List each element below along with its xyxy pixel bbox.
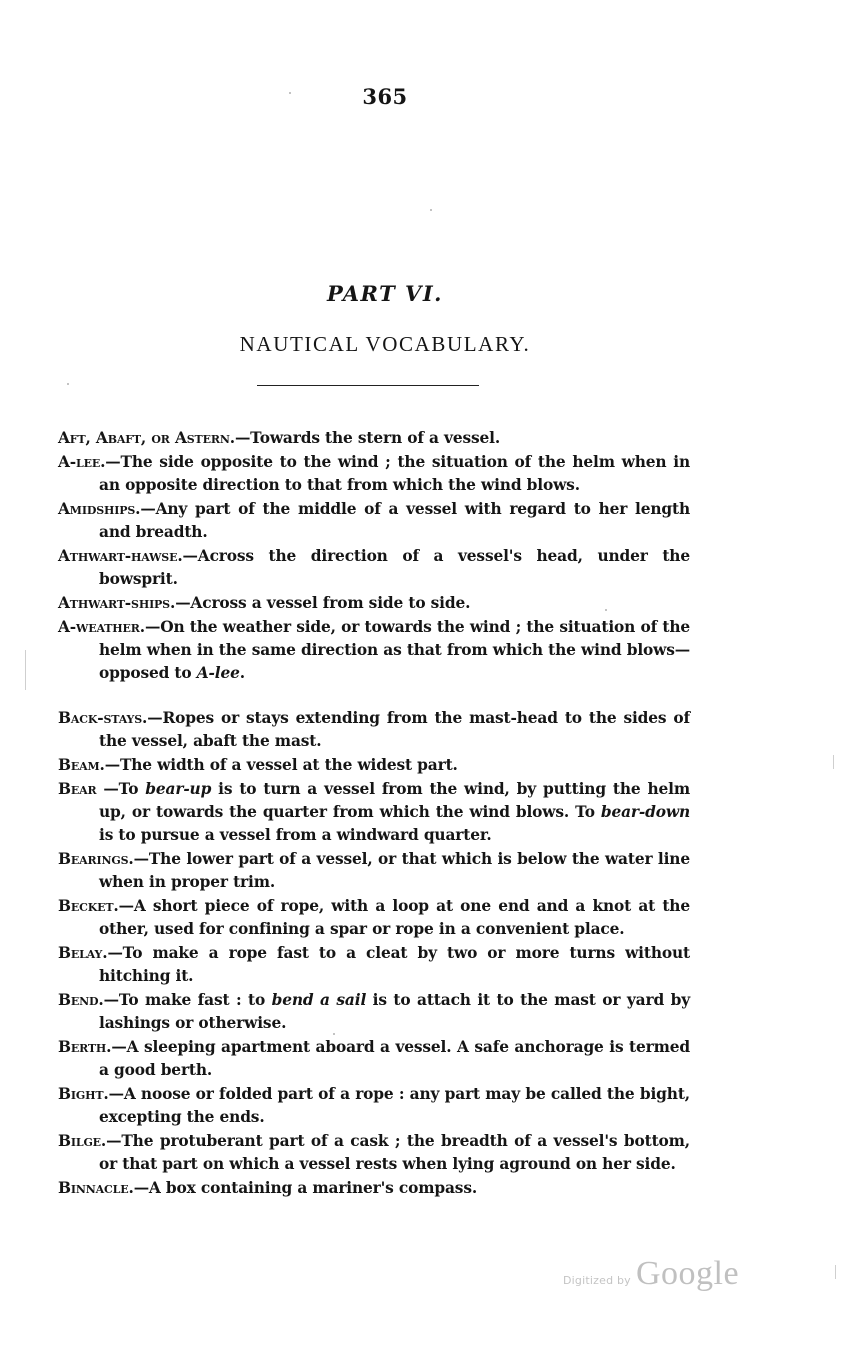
title-divider (257, 385, 479, 386)
vocabulary-entry: Amidships.—Any part of the middle of a v… (58, 498, 690, 544)
vocabulary-entry: A-lee.—The side opposite to the wind ; t… (58, 451, 690, 497)
scan-edge-mark (25, 650, 26, 690)
vocabulary-entry: Bear —To bear-up is to turn a vessel fro… (58, 778, 690, 847)
vocabulary-entry: A-weather.—On the weather side, or towar… (58, 616, 690, 685)
vocabulary-entry: Bend.—To make fast : to bend a sail is t… (58, 989, 690, 1035)
entry-definition: —Across a vessel from side to side. (175, 594, 470, 612)
scan-speck (605, 609, 607, 611)
google-logo-text: Google (636, 1255, 739, 1292)
vocabulary-entry: Bilge.—The protuberant part of a cask ; … (58, 1130, 690, 1176)
entry-term: A-weather. (58, 618, 145, 636)
vocabulary-entry: Beam.—The width of a vessel at the wides… (58, 754, 690, 777)
entry-definition-italic: bear-down (601, 803, 690, 821)
entry-term: Athwart-ships. (58, 594, 175, 612)
vocabulary-entry: Binnacle.—A box containing a mariner's c… (58, 1177, 690, 1200)
entry-term: Amidships. (58, 500, 140, 518)
vocabulary-entry: Athwart-ships.—Across a vessel from side… (58, 592, 690, 615)
entry-term: Bearings. (58, 850, 134, 868)
entry-definition-italic: bend a sail (272, 991, 367, 1009)
entry-definition: —A box containing a mariner's compass. (134, 1179, 477, 1197)
part-title: PART VI. (0, 281, 770, 306)
vocabulary-entry: Aft, Abaft, or Astern.—Towards the stern… (58, 427, 690, 450)
entry-term: Berth. (58, 1038, 111, 1056)
entry-definition: —A noose or folded part of a rope : any … (99, 1085, 690, 1126)
digitized-by-google-watermark: Digitized by Google (563, 1255, 739, 1293)
entry-term: Binnacle. (58, 1179, 134, 1197)
section-title: NAUTICAL VOCABULARY. (0, 332, 770, 357)
vocabulary-entry: Back-stays.—Ropes or stays extending fro… (58, 707, 690, 753)
entry-term: Bear (58, 780, 96, 798)
scan-edge-mark (835, 1265, 836, 1279)
entry-term: Beam. (58, 756, 105, 774)
entry-definition: —To make fast : to (104, 991, 272, 1009)
entry-definition: —The lower part of a vessel, or that whi… (99, 850, 690, 891)
scan-speck (67, 383, 69, 385)
scan-edge-mark (833, 755, 834, 769)
entry-term: Back-stays. (58, 709, 147, 727)
scan-speck (333, 1033, 335, 1035)
vocabulary-entry: Becket.—A short piece of rope, with a lo… (58, 895, 690, 941)
scan-speck (430, 209, 432, 211)
entry-definition-italic: bear-up (145, 780, 211, 798)
entry-term: Bend. (58, 991, 104, 1009)
scan-speck (289, 92, 291, 94)
entry-term: Becket. (58, 897, 119, 915)
entry-definition: —Any part of the middle of a vessel with… (99, 500, 690, 541)
entry-definition: —Ropes or stays extending from the mast-… (99, 709, 690, 750)
entry-definition: —A short piece of rope, with a loop at o… (99, 897, 690, 938)
vocabulary-entry: Bearings.—The lower part of a vessel, or… (58, 848, 690, 894)
entry-term: Aft, Abaft, or Astern. (58, 429, 235, 447)
entry-definition: —To (96, 780, 145, 798)
entry-definition-italic: A-lee (197, 664, 240, 682)
entry-definition: —Towards the stern of a vessel. (235, 429, 500, 447)
entry-definition: —To make a rope fast to a cleat by two o… (99, 944, 690, 985)
vocabulary-entry: Belay.—To make a rope fast to a cleat by… (58, 942, 690, 988)
watermark-prefix: Digitized by (563, 1274, 631, 1287)
entry-term: Belay. (58, 944, 107, 962)
vocabulary-entry: Berth.—A sleeping apartment aboard a ves… (58, 1036, 690, 1082)
entry-definition: —The width of a vessel at the widest par… (105, 756, 458, 774)
vocabulary-entry: Athwart-hawse.—Across the direction of a… (58, 545, 690, 591)
entry-definition: —The protuberant part of a cask ; the br… (99, 1132, 690, 1173)
entry-term: Bilge. (58, 1132, 106, 1150)
entry-definition: —The side opposite to the wind ; the sit… (99, 453, 690, 494)
vocabulary-entry: Bight.—A noose or folded part of a rope … (58, 1083, 690, 1129)
entry-definition: —On the weather side, or towards the win… (99, 618, 690, 682)
entry-definition: —A sleeping apartment aboard a vessel. A… (99, 1038, 690, 1079)
entry-term: Athwart-hawse. (58, 547, 183, 565)
entry-definition-end: . (240, 664, 245, 682)
page-number: 365 (0, 84, 770, 109)
vocabulary-list: Aft, Abaft, or Astern.—Towards the stern… (58, 427, 690, 1201)
entry-term: A-lee. (58, 453, 105, 471)
entry-definition: —Across the direction of a vessel's head… (99, 547, 690, 588)
entry-definition: is to pursue a vessel from a windward qu… (99, 826, 492, 844)
entry-term: Bight. (58, 1085, 109, 1103)
